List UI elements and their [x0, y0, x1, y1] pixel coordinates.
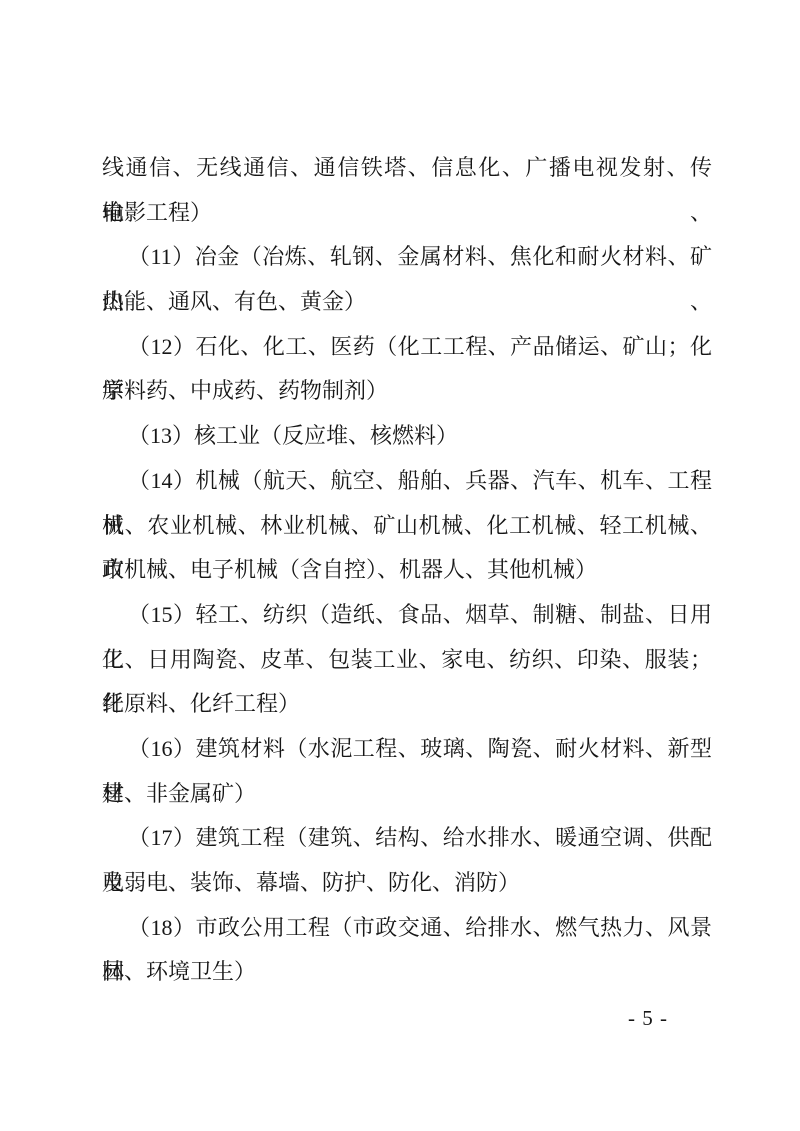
text-line: 械、农业机械、林业机械、矿山机械、化工机械、轻工机械、市	[102, 504, 712, 549]
text-line: 林、环境卫生）	[102, 950, 712, 995]
text-line: （11）冶金（冶炼、轧钢、金属材料、焦化和耐火材料、矿山、	[102, 235, 712, 280]
text-line: （16）建筑材料（水泥工程、玻璃、陶瓷、耐火材料、新型建	[102, 727, 712, 772]
text-line: 材、非金属矿）	[102, 772, 712, 817]
text-line: （18）市政公用工程（市政交通、给排水、燃气热力、风景园	[102, 906, 712, 951]
text-line: （12）石化、化工、医药（化工工程、产品储运、矿山；化学	[102, 325, 712, 370]
text-line: （15）轻工、纺织（造纸、食品、烟草、制糖、制盐、日用化	[102, 593, 712, 638]
page-number: - 5 -	[628, 1005, 668, 1031]
text-line: （14）机械（航天、航空、船舶、兵器、汽车、机车、工程机	[102, 459, 712, 504]
text-line: 原料药、中成药、药物制剂）	[102, 369, 712, 414]
text-line: （17）建筑工程（建筑、结构、给水排水、暖通空调、供配电	[102, 816, 712, 861]
text-line: （13）核工业（反应堆、核燃料）	[102, 414, 712, 459]
text-line: 工、日用陶瓷、皮革、包装工业、家电、纺织、印染、服装；化	[102, 638, 712, 683]
text-line: 政机械、电子机械（含自控）、机器人、其他机械）	[102, 548, 712, 593]
text-line: 及弱电、装饰、幕墙、防护、防化、消防）	[102, 861, 712, 906]
document-page: 线通信、无线通信、通信铁塔、信息化、广播电视发射、传输、 电影工程） （11）冶…	[0, 0, 800, 1131]
text-line: 纤原料、化纤工程）	[102, 682, 712, 727]
text-line: 线通信、无线通信、通信铁塔、信息化、广播电视发射、传输、	[102, 146, 712, 191]
body-text: 线通信、无线通信、通信铁塔、信息化、广播电视发射、传输、 电影工程） （11）冶…	[102, 146, 712, 995]
